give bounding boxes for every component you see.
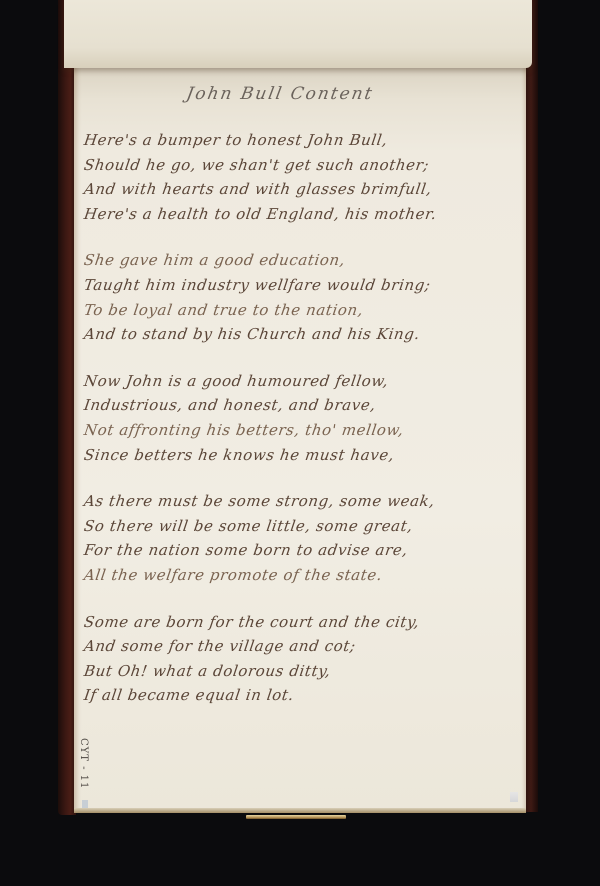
folded-previous-page — [64, 0, 532, 68]
poem-body: Here's a bumper to honest John Bull, Sho… — [84, 128, 524, 730]
poem-line: Here's a health to old England, his moth… — [82, 202, 525, 227]
poem-line: If all became equal in lot. — [82, 683, 525, 708]
poem-line: As there must be some strong, some weak, — [82, 489, 525, 514]
poem-line: Now John is a good humoured fellow, — [82, 369, 525, 394]
poem-title: John Bull Content — [148, 84, 412, 104]
poem-line: And to stand by his Church and his King. — [82, 322, 525, 347]
stanza-3: Now John is a good humoured fellow, Indu… — [84, 369, 524, 467]
poem-line: And with hearts and with glasses brimful… — [82, 177, 525, 202]
archive-stamp: CYT - 11 — [78, 738, 94, 808]
poem-line: Since betters he knows he must have, — [82, 443, 525, 468]
poem-line: All the welfare promote of the state. — [82, 563, 525, 588]
stanza-5: Some are born for the court and the city… — [84, 610, 524, 708]
gold-clasp — [246, 815, 346, 819]
binding-right-edge — [524, 0, 538, 812]
page-bottom-edge — [74, 808, 526, 813]
poem-line: She gave him a good education, — [82, 248, 525, 273]
poem-line: Should he go, we shan't get such another… — [82, 153, 525, 178]
poem-line: Industrious, and honest, and brave, — [82, 393, 525, 418]
poem-line: Taught him industry wellfare would bring… — [82, 273, 525, 298]
poem-line: Some are born for the court and the city… — [82, 610, 525, 635]
poem-line: So there will be some little, some great… — [82, 514, 525, 539]
poem-line: To be loyal and true to the nation, — [82, 298, 525, 323]
poem-line: And some for the village and cot; — [82, 634, 525, 659]
corner-mark — [510, 792, 518, 802]
stanza-4: As there must be some strong, some weak,… — [84, 489, 524, 587]
stanza-1: Here's a bumper to honest John Bull, Sho… — [84, 128, 524, 226]
poem-line: Here's a bumper to honest John Bull, — [82, 128, 525, 153]
poem-line: For the nation some born to advise are, — [82, 538, 525, 563]
poem-line: Not affronting his betters, tho' mellow, — [82, 418, 525, 443]
poem-line: But Oh! what a dolorous ditty, — [82, 659, 525, 684]
color-mark — [82, 800, 88, 808]
archive-stamp-text: CYT - 11 — [78, 738, 89, 789]
stanza-2: She gave him a good education, Taught hi… — [84, 248, 524, 346]
scan-scene: John Bull Content Here's a bumper to hon… — [0, 0, 600, 886]
